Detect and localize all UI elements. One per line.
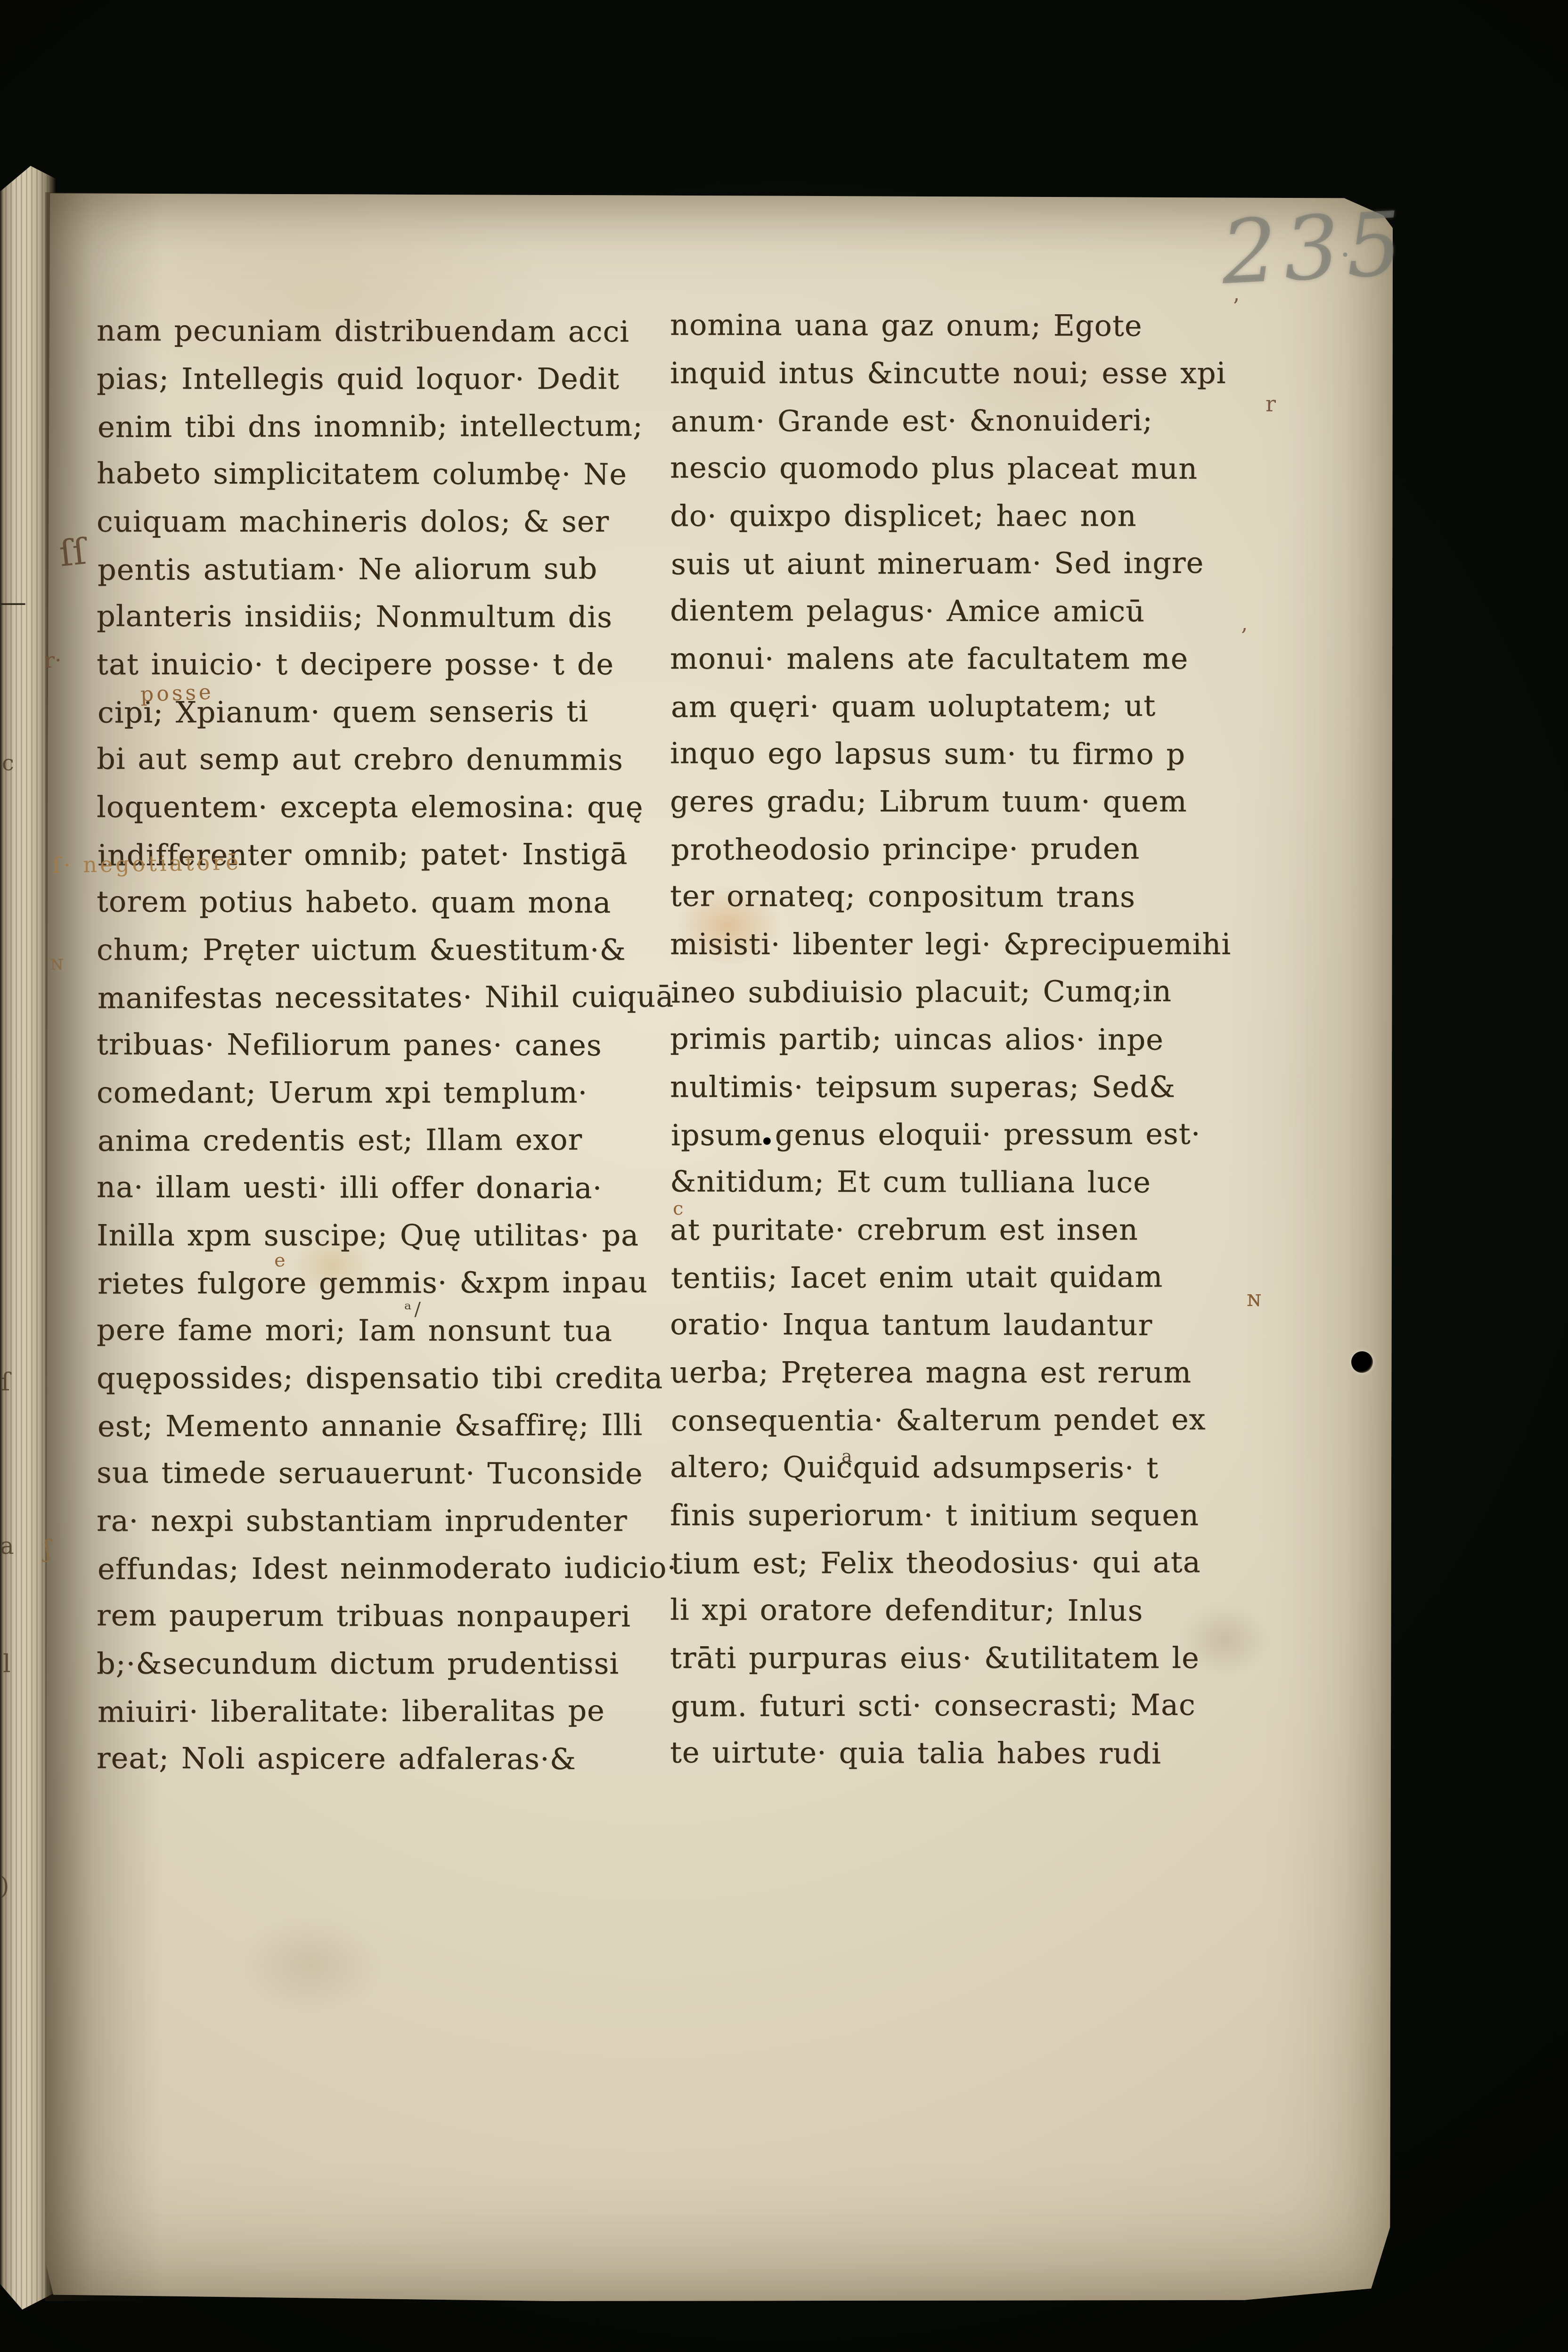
manuscript-scan: cſal) nam pecuniam distribuendam accipia… (0, 0, 1568, 2352)
folio-number: 235 (1219, 192, 1411, 304)
wormhole (1351, 1351, 1373, 1373)
wormhole (763, 1137, 771, 1145)
wormholes-layer (0, 0, 1568, 2352)
